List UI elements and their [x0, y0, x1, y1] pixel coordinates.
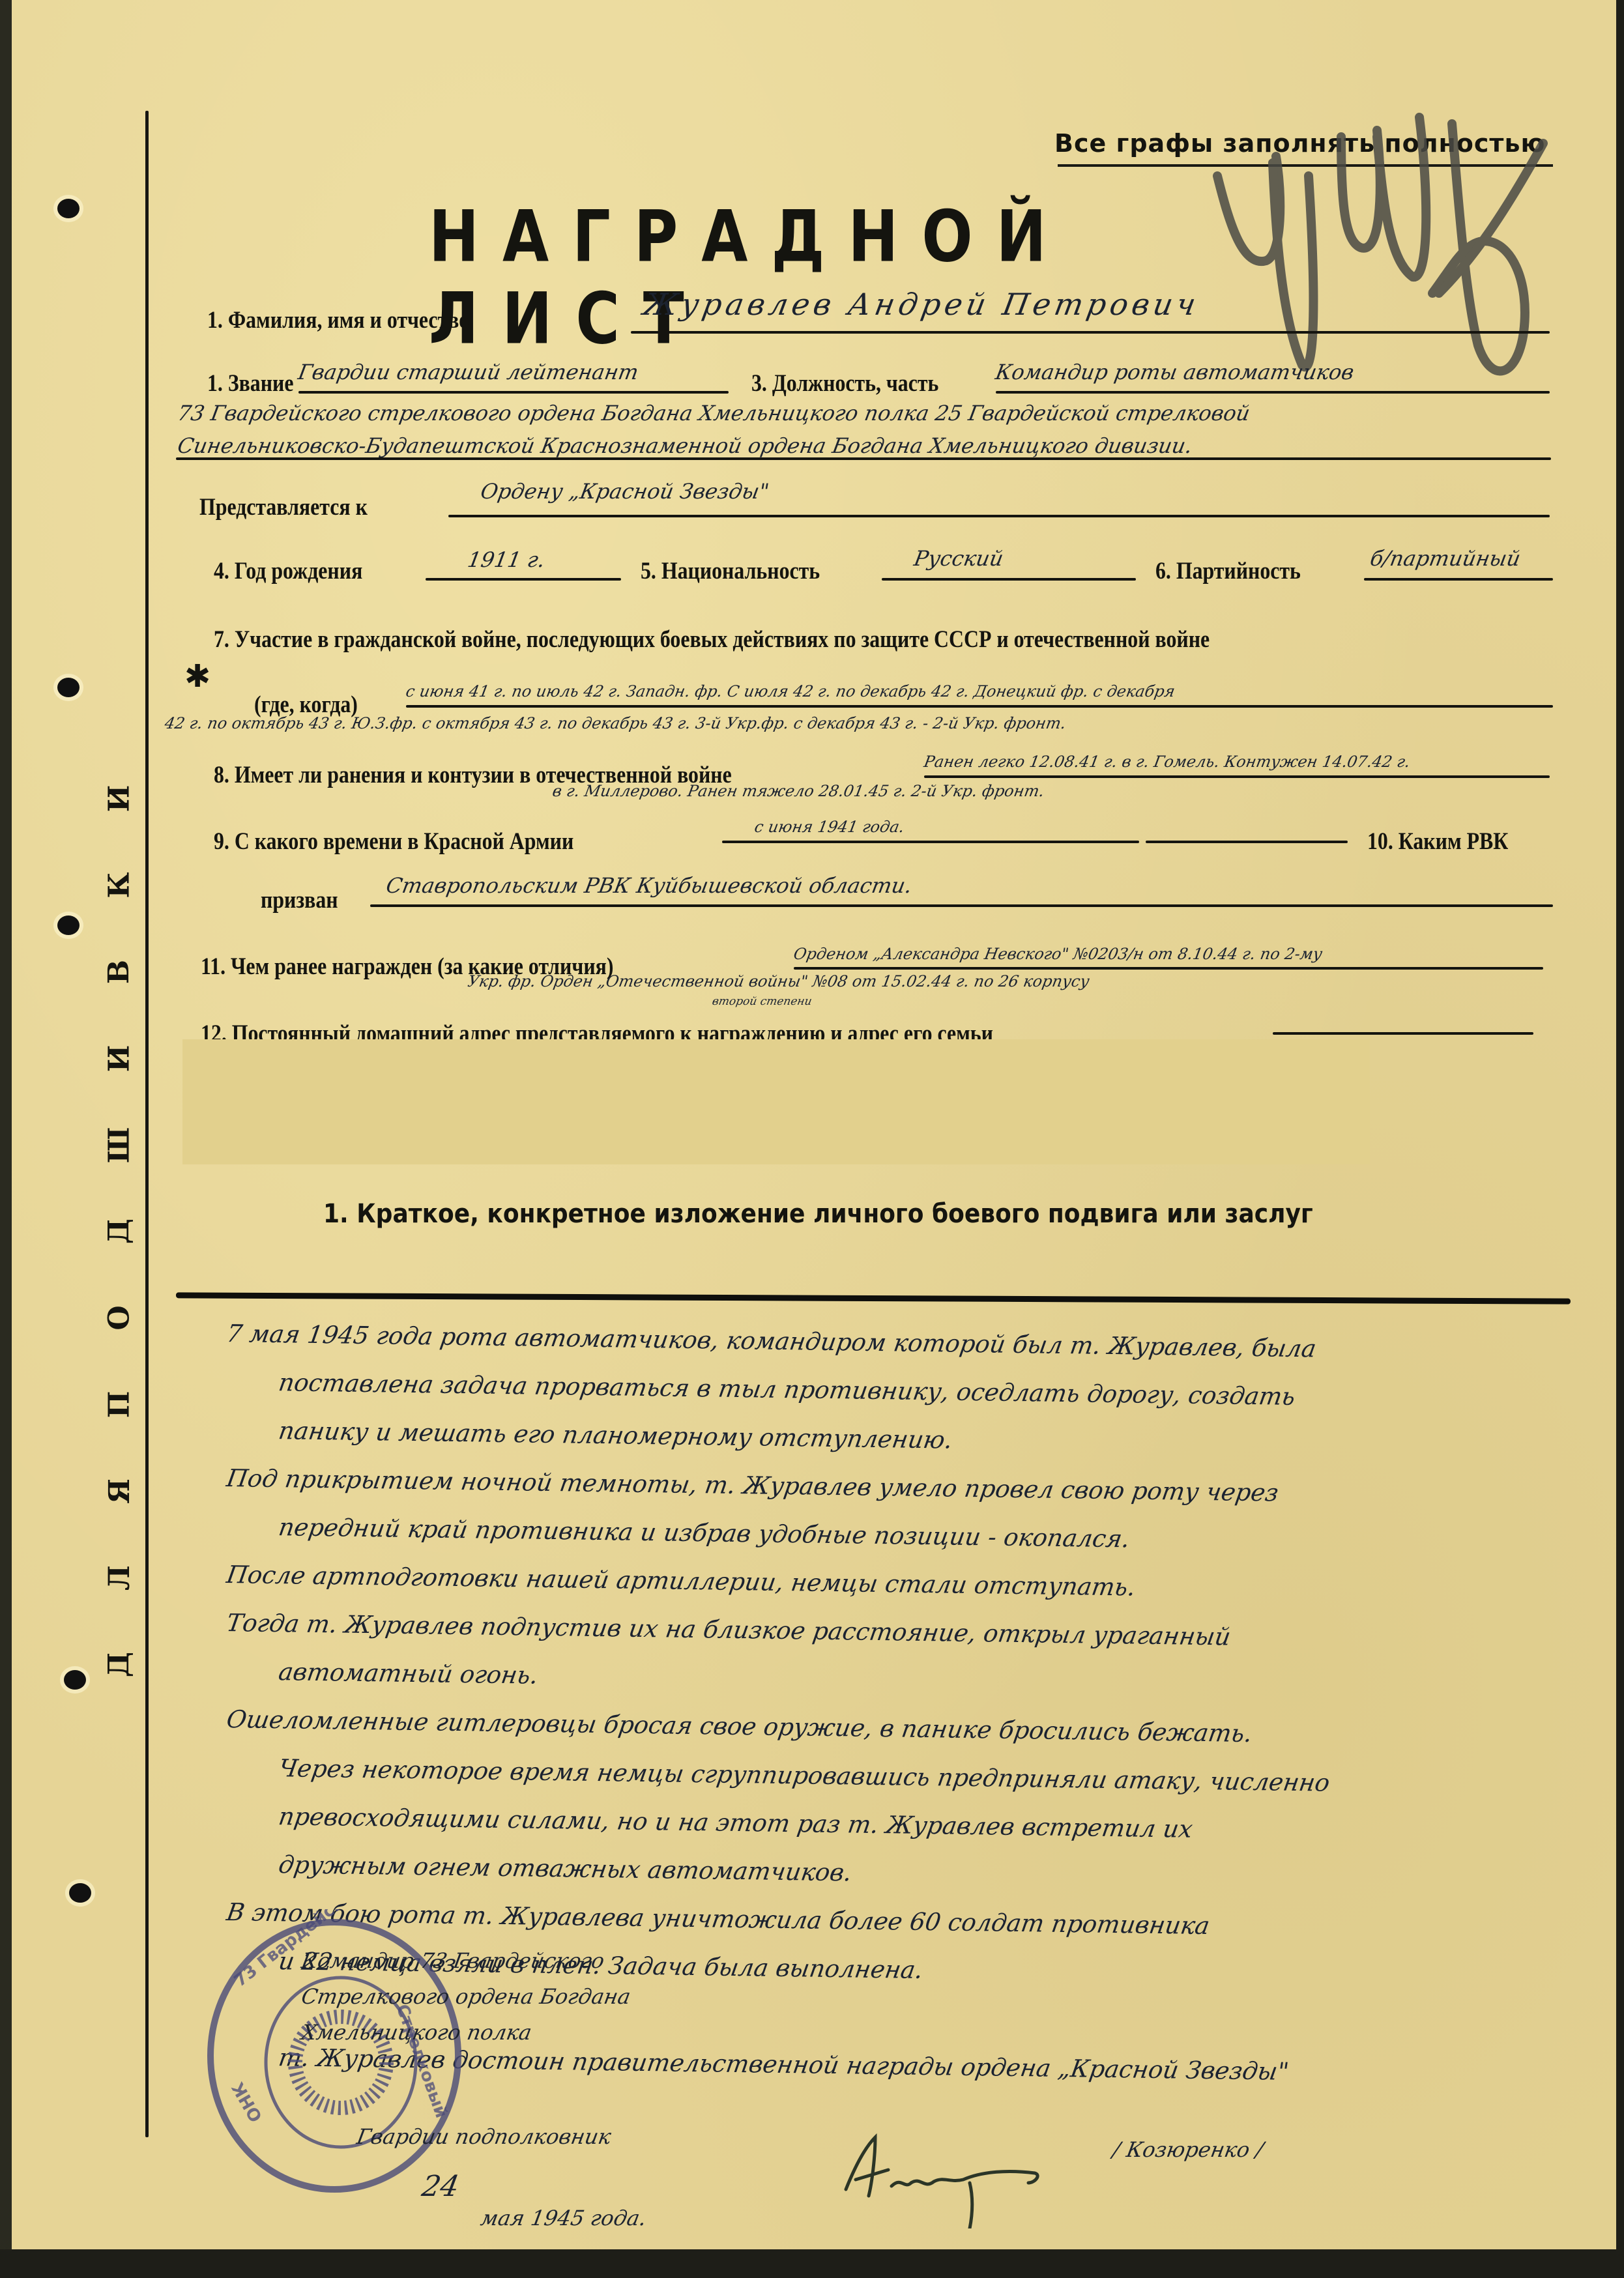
fill-all-instruction: Все графы заполнять полностью: [1054, 129, 1545, 158]
army-since-value: с июня 1941 года.: [753, 818, 906, 836]
position-value-division: Синельниковско-Будапештской Краснознамен…: [176, 433, 1195, 458]
position-value: Командир роты автоматчиков: [994, 360, 1356, 384]
participation-underline: [406, 705, 1553, 708]
signer-title-line-3: Хмельницкого полка: [300, 2020, 534, 2045]
prior-awards-degree-note: второй степени: [711, 995, 813, 1008]
prior-awards-value-2: Укр. фр. Орден „Отечественной войны" №08…: [467, 972, 1091, 990]
party-underline: [1364, 578, 1553, 581]
punch-hole: [69, 1883, 91, 1903]
position-label: 3. Должность, часть: [751, 369, 938, 397]
rank-label: 1. Звание: [207, 369, 294, 397]
document-title: НАГРАДНОЙ ЛИСТ: [429, 195, 1276, 360]
name-value: Журавлев Андрей Петрович: [641, 287, 1202, 322]
margin-letter: В: [102, 960, 136, 984]
margin-letter: Я: [103, 1478, 136, 1504]
prior-awards-value: Орденом „Александра Невского" №0203/н от…: [792, 945, 1324, 963]
wounds-value: Ранен легко 12.08.41 г. в г. Гомель. Кон…: [923, 753, 1412, 771]
birth-year-value: 1911 г.: [466, 547, 547, 572]
army-since-label: 9. С какого времени в Красной Армии: [214, 828, 573, 856]
instruction-underline: [1058, 164, 1553, 167]
binding-margin-text: И К В И Ш Д О П Я Л Д: [83, 782, 155, 1681]
margin-letter: Д: [103, 1652, 136, 1677]
signer-title-line-2: Стрелкового ордена Богдана: [300, 1984, 633, 2009]
signer-title-line-1: Командир 73 Гвардейского: [300, 1948, 607, 1973]
nominated-label: Представляется к: [199, 493, 368, 521]
svg-text:ОНК: ОНК: [229, 2079, 267, 2125]
participation-value: с июня 41 г. по июль 42 г. Западн. фр. С…: [405, 682, 1177, 700]
scan-border-bottom: [0, 2249, 1624, 2278]
rvk-underline: [370, 904, 1553, 907]
margin-letter: Ш: [102, 1127, 136, 1163]
redacted-address-block: [182, 1039, 1370, 1164]
punch-hole: [57, 916, 80, 935]
margin-letter: Д: [103, 1218, 136, 1244]
position-underline: [996, 391, 1550, 394]
participation-label: 7. Участие в гражданской войне, последую…: [214, 626, 1210, 654]
wounds-value-2: в г. Миллерово. Ранен тяжело 28.01.45 г.…: [551, 782, 1046, 800]
date-day: 24: [420, 2170, 462, 2203]
signer-name: / Козюренко /: [1111, 2137, 1266, 2162]
award-sheet-page: И К В И Ш Д О П Я Л Д Все графы заполнят…: [12, 0, 1616, 2249]
margin-letter: И: [102, 1045, 136, 1072]
army-since-underline-2: [1146, 841, 1348, 843]
home-address-underline: [1273, 1032, 1533, 1035]
nominated-underline: [448, 515, 1550, 517]
margin-letter: П: [103, 1391, 136, 1419]
nationality-underline: [882, 578, 1136, 581]
rvk-value: Ставропольским РВК Куйбышевской области.: [384, 873, 914, 898]
rank-value: Гвардии старший лейтенант: [297, 360, 641, 384]
scan-border-right: [1616, 0, 1624, 2278]
punch-hole: [57, 199, 80, 218]
prior-awards-underline: [794, 967, 1543, 970]
position-value-unit: 73 Гвардейского стрелкового ордена Богда…: [176, 401, 1252, 425]
margin-letter: И: [102, 785, 136, 813]
rvk-sublabel: призван: [261, 886, 338, 914]
punch-hole: [57, 678, 80, 697]
birth-year-underline: [426, 578, 621, 581]
party-label: 6. Партийность: [1155, 557, 1301, 585]
nationality-label: 5. Национальность: [641, 557, 820, 585]
birth-year-label: 4. Год рождения: [214, 557, 362, 585]
rank-underline: [298, 391, 729, 394]
star-mark-icon: ✱: [184, 658, 210, 695]
signer-rank: Гвардии подполковник: [355, 2124, 613, 2149]
margin-letter: Л: [102, 1565, 136, 1591]
nominated-value: Ордену „Красной Звезды": [479, 479, 771, 504]
margin-letter: О: [102, 1306, 136, 1331]
date-month-year: мая 1945 года.: [479, 2206, 648, 2230]
name-label: 1. Фамилия, имя и отчество: [207, 306, 469, 334]
army-since-underline: [722, 841, 1139, 843]
section-divider: [176, 1292, 1571, 1304]
margin-letter: К: [103, 872, 136, 898]
participation-value-2: 42 г. по октябрь 43 г. Ю.З.фр. с октября…: [164, 714, 1067, 732]
punch-hole: [64, 1670, 86, 1690]
rvk-label: 10. Каким РВК: [1367, 828, 1508, 856]
wounds-underline: [924, 775, 1550, 778]
handwritten-signature: [839, 2131, 1048, 2228]
name-underline: [631, 331, 1550, 334]
feat-section-title: 1. Краткое, конкретное изложение личного…: [323, 1199, 1313, 1229]
nationality-value: Русский: [912, 546, 1006, 571]
party-value: б/партийный: [1369, 546, 1522, 571]
position-underline-2: [176, 457, 1551, 460]
